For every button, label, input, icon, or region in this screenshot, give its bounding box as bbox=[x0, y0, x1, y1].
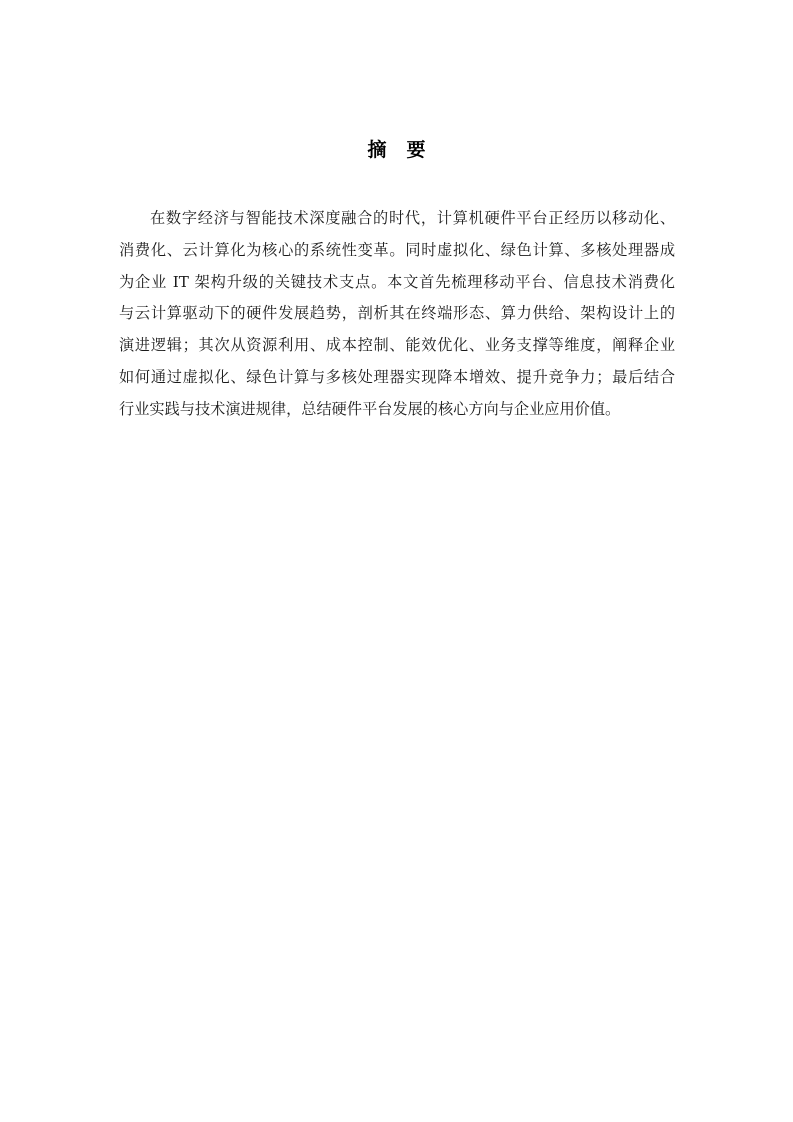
abstract-title: 摘要 bbox=[0, 136, 793, 164]
abstract-line: 行业实践与技术演进规律，总结硬件平台发展的核心方向与企业应用价值。 bbox=[119, 394, 675, 426]
abstract-line: 为企业 IT 架构升级的关键技术支点。本文首先梳理移动平台、信息技术消费化 bbox=[119, 267, 675, 299]
abstract-body: 在数字经济与智能技术深度融合的时代，计算机硬件平台正经历以移动化、 消费化、云计… bbox=[119, 203, 675, 426]
abstract-line: 消费化、云计算化为核心的系统性变革。同时虚拟化、绿色计算、多核处理器成 bbox=[119, 235, 675, 267]
abstract-line: 与云计算驱动下的硬件发展趋势，剖析其在终端形态、算力供给、架构设计上的 bbox=[119, 298, 675, 330]
abstract-line: 演进逻辑；其次从资源利用、成本控制、能效优化、业务支撑等维度，阐释企业 bbox=[119, 330, 675, 362]
document-page: 摘要 在数字经济与智能技术深度融合的时代，计算机硬件平台正经历以移动化、 消费化… bbox=[0, 0, 793, 1122]
abstract-line: 在数字经济与智能技术深度融合的时代，计算机硬件平台正经历以移动化、 bbox=[119, 203, 675, 235]
abstract-line: 如何通过虚拟化、绿色计算与多核处理器实现降本增效、提升竞争力；最后结合 bbox=[119, 362, 675, 394]
